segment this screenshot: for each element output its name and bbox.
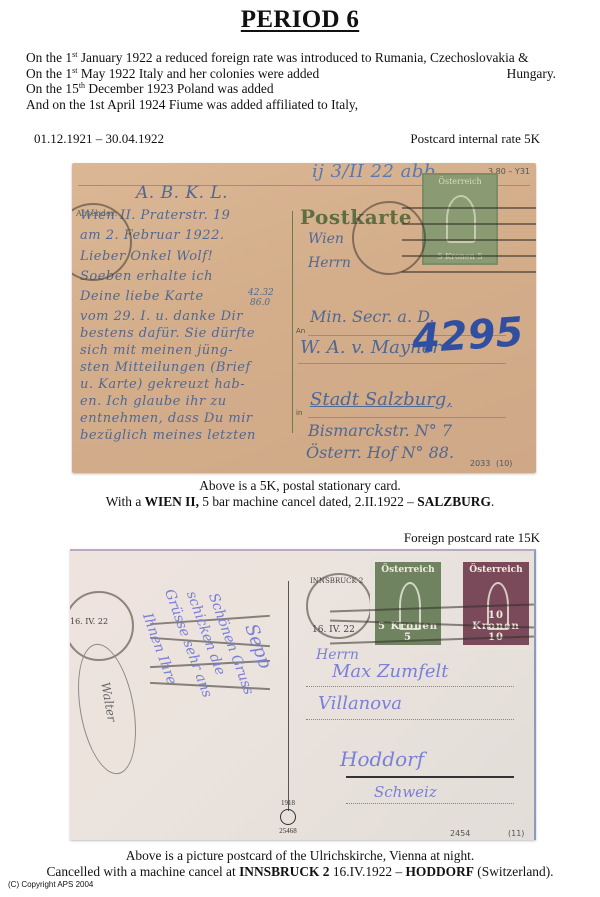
pencil-number: (11) [508, 829, 524, 838]
publisher-number: 25468 [270, 827, 306, 835]
publisher-year: 1918 [270, 799, 306, 807]
address-line: Villanova [318, 693, 402, 714]
caption-line: Above is a 5K, postal stationary card. [0, 478, 600, 494]
margin-number: 42.32 [248, 288, 274, 298]
address-rule [306, 719, 514, 720]
an-label: An [296, 327, 305, 335]
address-underline [346, 776, 514, 778]
postmark-date: 16. IV. 22 [70, 617, 108, 626]
stamp-5-kronen: Österreich 5 Kronen 5 [370, 557, 446, 650]
handwriting-line: bestens dafür. Sie dürfte [80, 326, 255, 341]
postmark-circle [352, 201, 426, 275]
copyright-notice: (C) Copyright APS 2004 [8, 880, 93, 889]
address-line: Bismarckstr. N° 7 [308, 421, 452, 440]
pencil-number: 2454 [450, 829, 470, 838]
address-line: Stadt Salzburg, [310, 389, 452, 410]
cancel-bar [402, 223, 536, 225]
address-line: Herrn [308, 255, 351, 271]
address-rule [306, 686, 514, 687]
handwriting-line: u. Karte) gekreuzt hab- [80, 377, 245, 392]
exhibit2-rate-label: Foreign postcard rate 15K [404, 530, 540, 546]
handwriting-line: sich mit meinen jüng- [80, 343, 233, 358]
handwriting-line: en. Ich glaube ihr zu [80, 394, 227, 409]
postmark-date: 16. IV. 22 [312, 625, 355, 635]
top-annotation: ij 3/II 22 abb [312, 163, 436, 182]
intro-line-1-continuation: Hungary. [507, 66, 556, 82]
postal-stationery-card: Absender: ij 3/II 22 abb 3.80 – Y31 A. B… [72, 163, 536, 473]
handwriting-line: A. B. K. L. [136, 183, 228, 203]
handwriting-line: Deine liebe Karte [80, 289, 204, 304]
cancel-bar [402, 271, 536, 273]
address-rule [346, 803, 514, 804]
picture-postcard: 16. IV. 22 Walter Schönen Gruss schicken… [70, 549, 536, 840]
caption-line: Cancelled with a machine cancel at INNSB… [0, 864, 600, 880]
handwriting-line: bezüglich meines letzten [80, 428, 256, 443]
address-rule [298, 363, 506, 364]
intro-line-1: On the 1st January 1922 a reduced foreig… [26, 50, 586, 66]
intro-line-3: On the 15th December 1923 Poland was add… [26, 81, 586, 97]
address-line: Österr. Hof N° 88. [306, 443, 454, 462]
card-divider [288, 581, 289, 811]
page-title: PERIOD 6 [0, 6, 600, 34]
postmark-text: INNSBRUCK 2 [310, 577, 363, 585]
handwriting-line: sten Mitteilungen (Brief [80, 360, 251, 375]
cancel-bar [402, 255, 536, 257]
intro-line-2: On the 1st May 1922 Italy and her coloni… [26, 66, 586, 82]
period-date-range: 01.12.1921 – 30.04.1922 [34, 131, 164, 147]
address-line: Schweiz [374, 783, 437, 801]
address-line: Wien [308, 231, 344, 247]
stamp-design-icon [446, 195, 476, 243]
address-line: Max Zumfelt [332, 661, 449, 682]
publisher-logo-icon [280, 809, 296, 825]
intro-text: On the 1st January 1922 a reduced foreig… [26, 50, 586, 112]
pencil-number: 2033 [470, 459, 490, 468]
exhibit1-caption: Above is a 5K, postal stationary card. W… [0, 478, 600, 510]
intro-line-4: And on the 1st April 1924 Fiume was adde… [26, 97, 586, 113]
pencil-number: (10) [496, 459, 512, 468]
address-rule [308, 417, 506, 418]
exhibit2-caption: Above is a picture postcard of the Ulric… [0, 848, 600, 880]
imprinted-stamp-5k: Österreich 5 Kronen 5 [422, 173, 498, 265]
cancel-bar [402, 207, 536, 209]
address-line: Hoddorf [340, 747, 424, 771]
handwriting-line: entnehmen, dass Du mir [80, 411, 253, 426]
in-label: in [296, 409, 302, 417]
exhibit1-rate-label: Postcard internal rate 5K [410, 131, 540, 147]
caption-line: With a WIEN II, 5 bar machine cancel dat… [0, 494, 600, 510]
card-divider [292, 211, 293, 433]
handwriting-line: vom 29. I. u. danke Dir [80, 309, 243, 324]
caption-line: Above is a picture postcard of the Ulric… [0, 848, 600, 864]
cancel-bar [402, 239, 536, 241]
blue-crayon-number: 4295 [411, 309, 525, 363]
margin-number: 86.0 [250, 298, 270, 308]
